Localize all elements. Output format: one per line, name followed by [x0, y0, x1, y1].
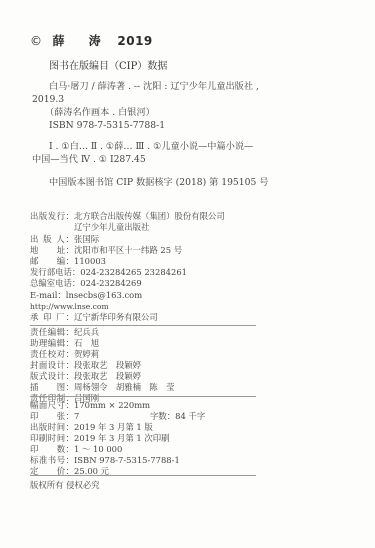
- sales-phone-row: 发行部电话：024-23284265 23284261: [30, 267, 187, 278]
- copyright-symbol: ©: [30, 34, 43, 48]
- website-link: http://www.lnse.com: [30, 302, 109, 311]
- cip-entry-line1: 白马·屠刀 / 薛涛著 . -- 沈阳 : 辽宁少年儿童出版社 ,: [49, 80, 259, 93]
- divider: [30, 396, 256, 397]
- staff-row: 责任校对：贺婷莉: [30, 349, 99, 360]
- publisher-row: 出版发行：北方联合出版传媒（集团）股份有限公司: [30, 211, 225, 222]
- cip-verification: 中国版本图书馆 CIP 数据核字 (2018) 第 195105 号: [49, 176, 268, 189]
- staff-row: 责任编辑：纪兵兵: [30, 327, 99, 338]
- publisher-row: 辽宁少年儿童出版社: [30, 222, 149, 233]
- divider: [30, 475, 256, 476]
- cip-series: （薛涛名作画本 . 白银河）: [45, 106, 155, 119]
- copyright-year: 2019: [117, 34, 152, 48]
- staff-row: 助理编辑：石 旭: [30, 338, 99, 349]
- cip-subject-line1: Ⅰ . ①白… Ⅱ . ①薛… Ⅲ . ①儿童小说—中篇小说—: [49, 140, 253, 153]
- copyright-author: 薛 涛: [53, 34, 111, 48]
- spec-row: 出版时间：2019 年 3 月第 1 版: [30, 422, 153, 433]
- spec-row: 印 数：1 ～ 10 000: [30, 444, 122, 455]
- spec-row: 印刷时间：2019 年 3 月第 1 次印刷: [30, 433, 170, 444]
- cip-entry-line2: 2019.3: [32, 93, 64, 106]
- copyright-line: ©薛 涛 2019: [30, 32, 153, 49]
- staff-row: 插 图：周杨翎令 胡雅楠 陈 莹: [30, 382, 175, 393]
- postcode-row: 邮 编：110003: [30, 256, 106, 267]
- cip-title: 图书在版编目（CIP）数据: [49, 57, 167, 72]
- staff-row: 版式设计：段张取艺 段颖婷: [30, 371, 141, 382]
- cip-subject-line2: 中国—当代 Ⅳ . ① I287.45: [32, 153, 146, 166]
- address-row: 地 址：沈阳市和平区十一纬路 25 号: [30, 245, 182, 256]
- editorial-phone-row: 总编室电话：024-23284269: [30, 278, 142, 289]
- rights-notice: 版权所有 侵权必究: [30, 480, 100, 491]
- printer-row: 承 印 厂：辽宁新华印务有限公司: [30, 312, 158, 323]
- staff-row: 封面设计：段张取艺 段颖婷: [30, 360, 141, 371]
- website-row: http://www.lnse.com: [30, 301, 109, 312]
- spec-row: 印 张：7字数：84 千字: [30, 411, 205, 422]
- spec-row: 标准书号：ISBN 978-7-5315-7788-1: [30, 455, 180, 466]
- email-link: lnsecbs@163.com: [66, 290, 142, 300]
- cip-isbn: ISBN 978-7-5315-7788-1: [49, 119, 165, 132]
- email-row: E-mail：lnsecbs@163.com: [30, 290, 142, 301]
- spec-row: 幅面尺寸：170mm × 220mm: [30, 400, 150, 411]
- publisher-person-row: 出 版 人：张国际: [30, 234, 99, 245]
- divider: [30, 325, 256, 326]
